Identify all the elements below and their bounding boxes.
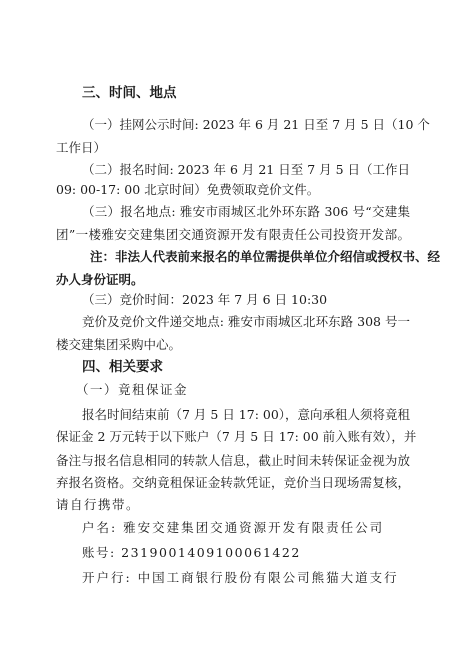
registration-time-line2: 09: 00-17: 00 北京时间）免费领取竞价文件。 xyxy=(56,181,410,199)
account-name: 户名: 雅安交建集团交通资源开发有限责任公司 xyxy=(82,519,410,537)
section-heading-time-place: 三、时间、地点 xyxy=(82,84,436,102)
deposit-para-line4: 弃报名资格。交纳竟租保证金转款凭证，竞价当日现场需复核， xyxy=(56,474,410,492)
deposit-para-line5: 请自行携带。 xyxy=(56,496,410,514)
submission-place-line2: 楼交建集团采购中心。 xyxy=(56,336,410,354)
note-line1: 注：非法人代表前来报名的单位需提供单位介绍信或授权书、经 xyxy=(90,248,410,266)
deposit-subheading: （一）竟租保证金 xyxy=(76,381,430,399)
account-number: 账号: 2319001409100061422 xyxy=(82,544,410,562)
deposit-para-line3: 备注与报名信息相同的转款人信息，截止时间未转保证金视为放 xyxy=(56,452,410,470)
registration-place-line2: 团”一楼雅安交建集团交通资源开发有限责任公司投资开发部。 xyxy=(56,226,410,244)
registration-time-line1: （二）报名时间: 2023 年 6 月 21 日至 7 月 5 日（工作日 xyxy=(82,161,410,179)
deposit-para-line2: 保证金 2 万元转于以下账户（7 月 5 日 17: 00 前入账有效），并 xyxy=(56,428,410,446)
note-line2: 办人身份证明。 xyxy=(56,271,410,289)
deposit-para-line1: 报名时间结束前（7 月 5 日 17: 00），意向承租人须将竟租 xyxy=(82,406,410,424)
submission-place-line1: 竞价及竞价文件递交地点: 雅安市雨城区北环东路 308 号一 xyxy=(82,313,410,331)
bidding-time: （三）竞价时间：2023 年 7 月 6 日 10:30 xyxy=(82,291,410,309)
bank-name: 开户行: 中国工商银行股份有限公司熊猫大道支行 xyxy=(82,569,410,587)
publicity-time-line1: （一）挂网公示时间: 2023 年 6 月 21 日至 7 月 5 日（10 个 xyxy=(82,116,410,134)
publicity-time-line2: 工作日） xyxy=(56,139,410,157)
section-heading-requirements: 四、相关要求 xyxy=(82,358,436,376)
registration-place-line1: （三）报名地点: 雅安市雨城区北外环东路 306 号“交建集 xyxy=(82,203,410,221)
